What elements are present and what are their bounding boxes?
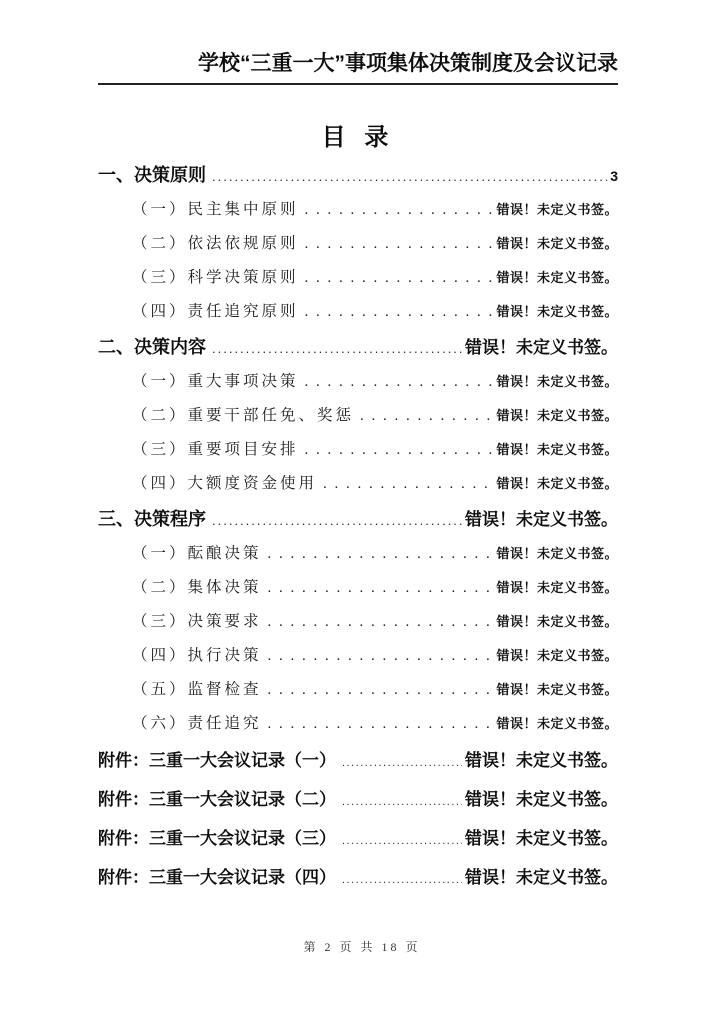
toc-entry-target: 错误！未定义书签。: [465, 819, 618, 858]
toc-leader-dots: [342, 858, 462, 900]
toc-leader-dots: [305, 295, 494, 329]
toc-entry-label: 附件：三重一大会议记录（一）: [98, 741, 336, 780]
toc-entry-label: （三）科学决策原则: [132, 261, 299, 295]
document-page: 学校“三重一大”事项集体决策制度及会议记录 目 录 一、决策原则 3 （一）民主…: [0, 0, 724, 1024]
toc-entry-label: 二、决策内容: [98, 329, 206, 365]
toc-entry-target: 错误！未定义书签。: [465, 858, 618, 897]
toc-entry-target: 错误！未定义书签。: [465, 330, 618, 366]
toc-entry-label: （一）酝酿决策: [132, 537, 262, 571]
page-content: 学校“三重一大”事项集体决策制度及会议记录 目 录 一、决策原则 3 （一）民主…: [98, 0, 618, 897]
toc-entry[interactable]: （一）重大事项决策 错误！未定义书签。: [98, 365, 618, 399]
toc-leader-dots: [268, 639, 494, 673]
toc-entry-target: 错误！未定义书签。: [496, 571, 618, 605]
toc-leader-dots: [268, 673, 494, 707]
toc-entry-target: 错误！未定义书签。: [496, 193, 618, 227]
toc-entry-target: 错误！未定义书签。: [496, 365, 618, 399]
toc-title: 目 录: [98, 123, 618, 153]
toc-entry-label: （三）重要项目安排: [132, 433, 299, 467]
toc-entry[interactable]: 一、决策原则 3: [98, 157, 618, 193]
page-header-title: 学校“三重一大”事项集体决策制度及会议记录: [98, 52, 618, 76]
toc-entry-target: 错误！未定义书签。: [465, 741, 618, 780]
toc-entry[interactable]: 附件：三重一大会议记录（二） 错误！未定义书签。: [98, 780, 618, 819]
page-footer: 第 2 页 共 18 页: [0, 938, 724, 955]
toc-entry-label: （四）责任追究原则: [132, 295, 299, 329]
toc-entry-target: 错误！未定义书签。: [496, 433, 618, 467]
toc-leader-dots: [305, 433, 494, 467]
toc-leader-dots: [305, 365, 494, 399]
toc-leader-dots: [268, 605, 494, 639]
toc-entry[interactable]: 附件：三重一大会议记录（三） 错误！未定义书签。: [98, 819, 618, 858]
toc-entry-label: （四）大额度资金使用: [132, 467, 317, 501]
toc-entry-label: （三）决策要求: [132, 605, 262, 639]
toc-entry-label: 附件：三重一大会议记录（三）: [98, 819, 336, 858]
toc-entry-target: 错误！未定义书签。: [496, 537, 618, 571]
toc-leader-dots: [305, 261, 494, 295]
toc-entry-target: 错误！未定义书签。: [465, 502, 618, 538]
toc-entry-label: （一）民主集中原则: [132, 193, 299, 227]
toc-list: 一、决策原则 3 （一）民主集中原则 错误！未定义书签。 （二）依法依规原则 错…: [98, 157, 618, 897]
toc-leader-dots: [342, 819, 462, 861]
toc-entry-target: 错误！未定义书签。: [496, 227, 618, 261]
toc-leader-dots: [268, 571, 494, 605]
toc-leader-dots: [268, 537, 494, 571]
toc-entry-target: 错误！未定义书签。: [496, 673, 618, 707]
toc-entry[interactable]: 三、决策程序 错误！未定义书签。: [98, 501, 618, 537]
toc-entry-target: 错误！未定义书签。: [496, 399, 618, 433]
toc-entry-target: 错误！未定义书签。: [496, 605, 618, 639]
toc-leader-dots: [360, 399, 493, 433]
toc-entry-label: （二）重要干部任免、奖惩: [132, 399, 354, 433]
toc-entry[interactable]: （四）大额度资金使用 错误！未定义书签。: [98, 467, 618, 501]
toc-leader-dots: [305, 227, 494, 261]
toc-entry-label: （一）重大事项决策: [132, 365, 299, 399]
toc-entry-target: 错误！未定义书签。: [496, 639, 618, 673]
toc-leader-dots: [342, 780, 462, 822]
toc-entry[interactable]: （五）监督检查 错误！未定义书签。: [98, 673, 618, 707]
toc-entry-page-number: 3: [610, 158, 618, 194]
toc-leader-dots: [323, 467, 493, 501]
toc-entry-label: 一、决策原则: [98, 157, 206, 193]
toc-entry-target: 错误！未定义书签。: [465, 780, 618, 819]
toc-leader-dots: [342, 741, 462, 783]
toc-leader-dots: [212, 329, 462, 367]
toc-entry[interactable]: 附件：三重一大会议记录（一） 错误！未定义书签。: [98, 741, 618, 780]
toc-entry[interactable]: （三）决策要求 错误！未定义书签。: [98, 605, 618, 639]
toc-entry[interactable]: 二、决策内容 错误！未定义书签。: [98, 329, 618, 365]
toc-entry[interactable]: （四）执行决策 错误！未定义书签。: [98, 639, 618, 673]
toc-entry[interactable]: （三）重要项目安排 错误！未定义书签。: [98, 433, 618, 467]
toc-entry[interactable]: （六）责任追究 错误！未定义书签。: [98, 707, 618, 741]
toc-entry-label: （二）依法依规原则: [132, 227, 299, 261]
toc-entry[interactable]: （二）集体决策 错误！未定义书签。: [98, 571, 618, 605]
toc-entry-label: （六）责任追究: [132, 707, 262, 741]
toc-leader-dots: [268, 707, 494, 741]
toc-entry-target: 错误！未定义书签。: [496, 261, 618, 295]
toc-leader-dots: [212, 501, 462, 539]
toc-entry[interactable]: （四）责任追究原则 错误！未定义书签。: [98, 295, 618, 329]
toc-entry-label: 附件：三重一大会议记录（二）: [98, 780, 336, 819]
toc-entry[interactable]: （二）重要干部任免、奖惩 错误！未定义书签。: [98, 399, 618, 433]
toc-entry-target: 错误！未定义书签。: [496, 295, 618, 329]
toc-leader-dots: [212, 157, 607, 195]
toc-entry[interactable]: （一）酝酿决策 错误！未定义书签。: [98, 537, 618, 571]
toc-entry[interactable]: 附件：三重一大会议记录（四） 错误！未定义书签。: [98, 858, 618, 897]
toc-entry[interactable]: （三）科学决策原则 错误！未定义书签。: [98, 261, 618, 295]
toc-entry-label: （二）集体决策: [132, 571, 262, 605]
toc-entry[interactable]: （二）依法依规原则 错误！未定义书签。: [98, 227, 618, 261]
toc-entry-target: 错误！未定义书签。: [496, 467, 618, 501]
toc-entry-target: 错误！未定义书签。: [496, 707, 618, 741]
toc-entry-label: （五）监督检查: [132, 673, 262, 707]
toc-entry[interactable]: （一）民主集中原则 错误！未定义书签。: [98, 193, 618, 227]
toc-entry-label: （四）执行决策: [132, 639, 262, 673]
toc-entry-label: 三、决策程序: [98, 501, 206, 537]
toc-leader-dots: [305, 193, 494, 227]
header-rule: [98, 83, 618, 85]
toc-entry-label: 附件：三重一大会议记录（四）: [98, 858, 336, 897]
